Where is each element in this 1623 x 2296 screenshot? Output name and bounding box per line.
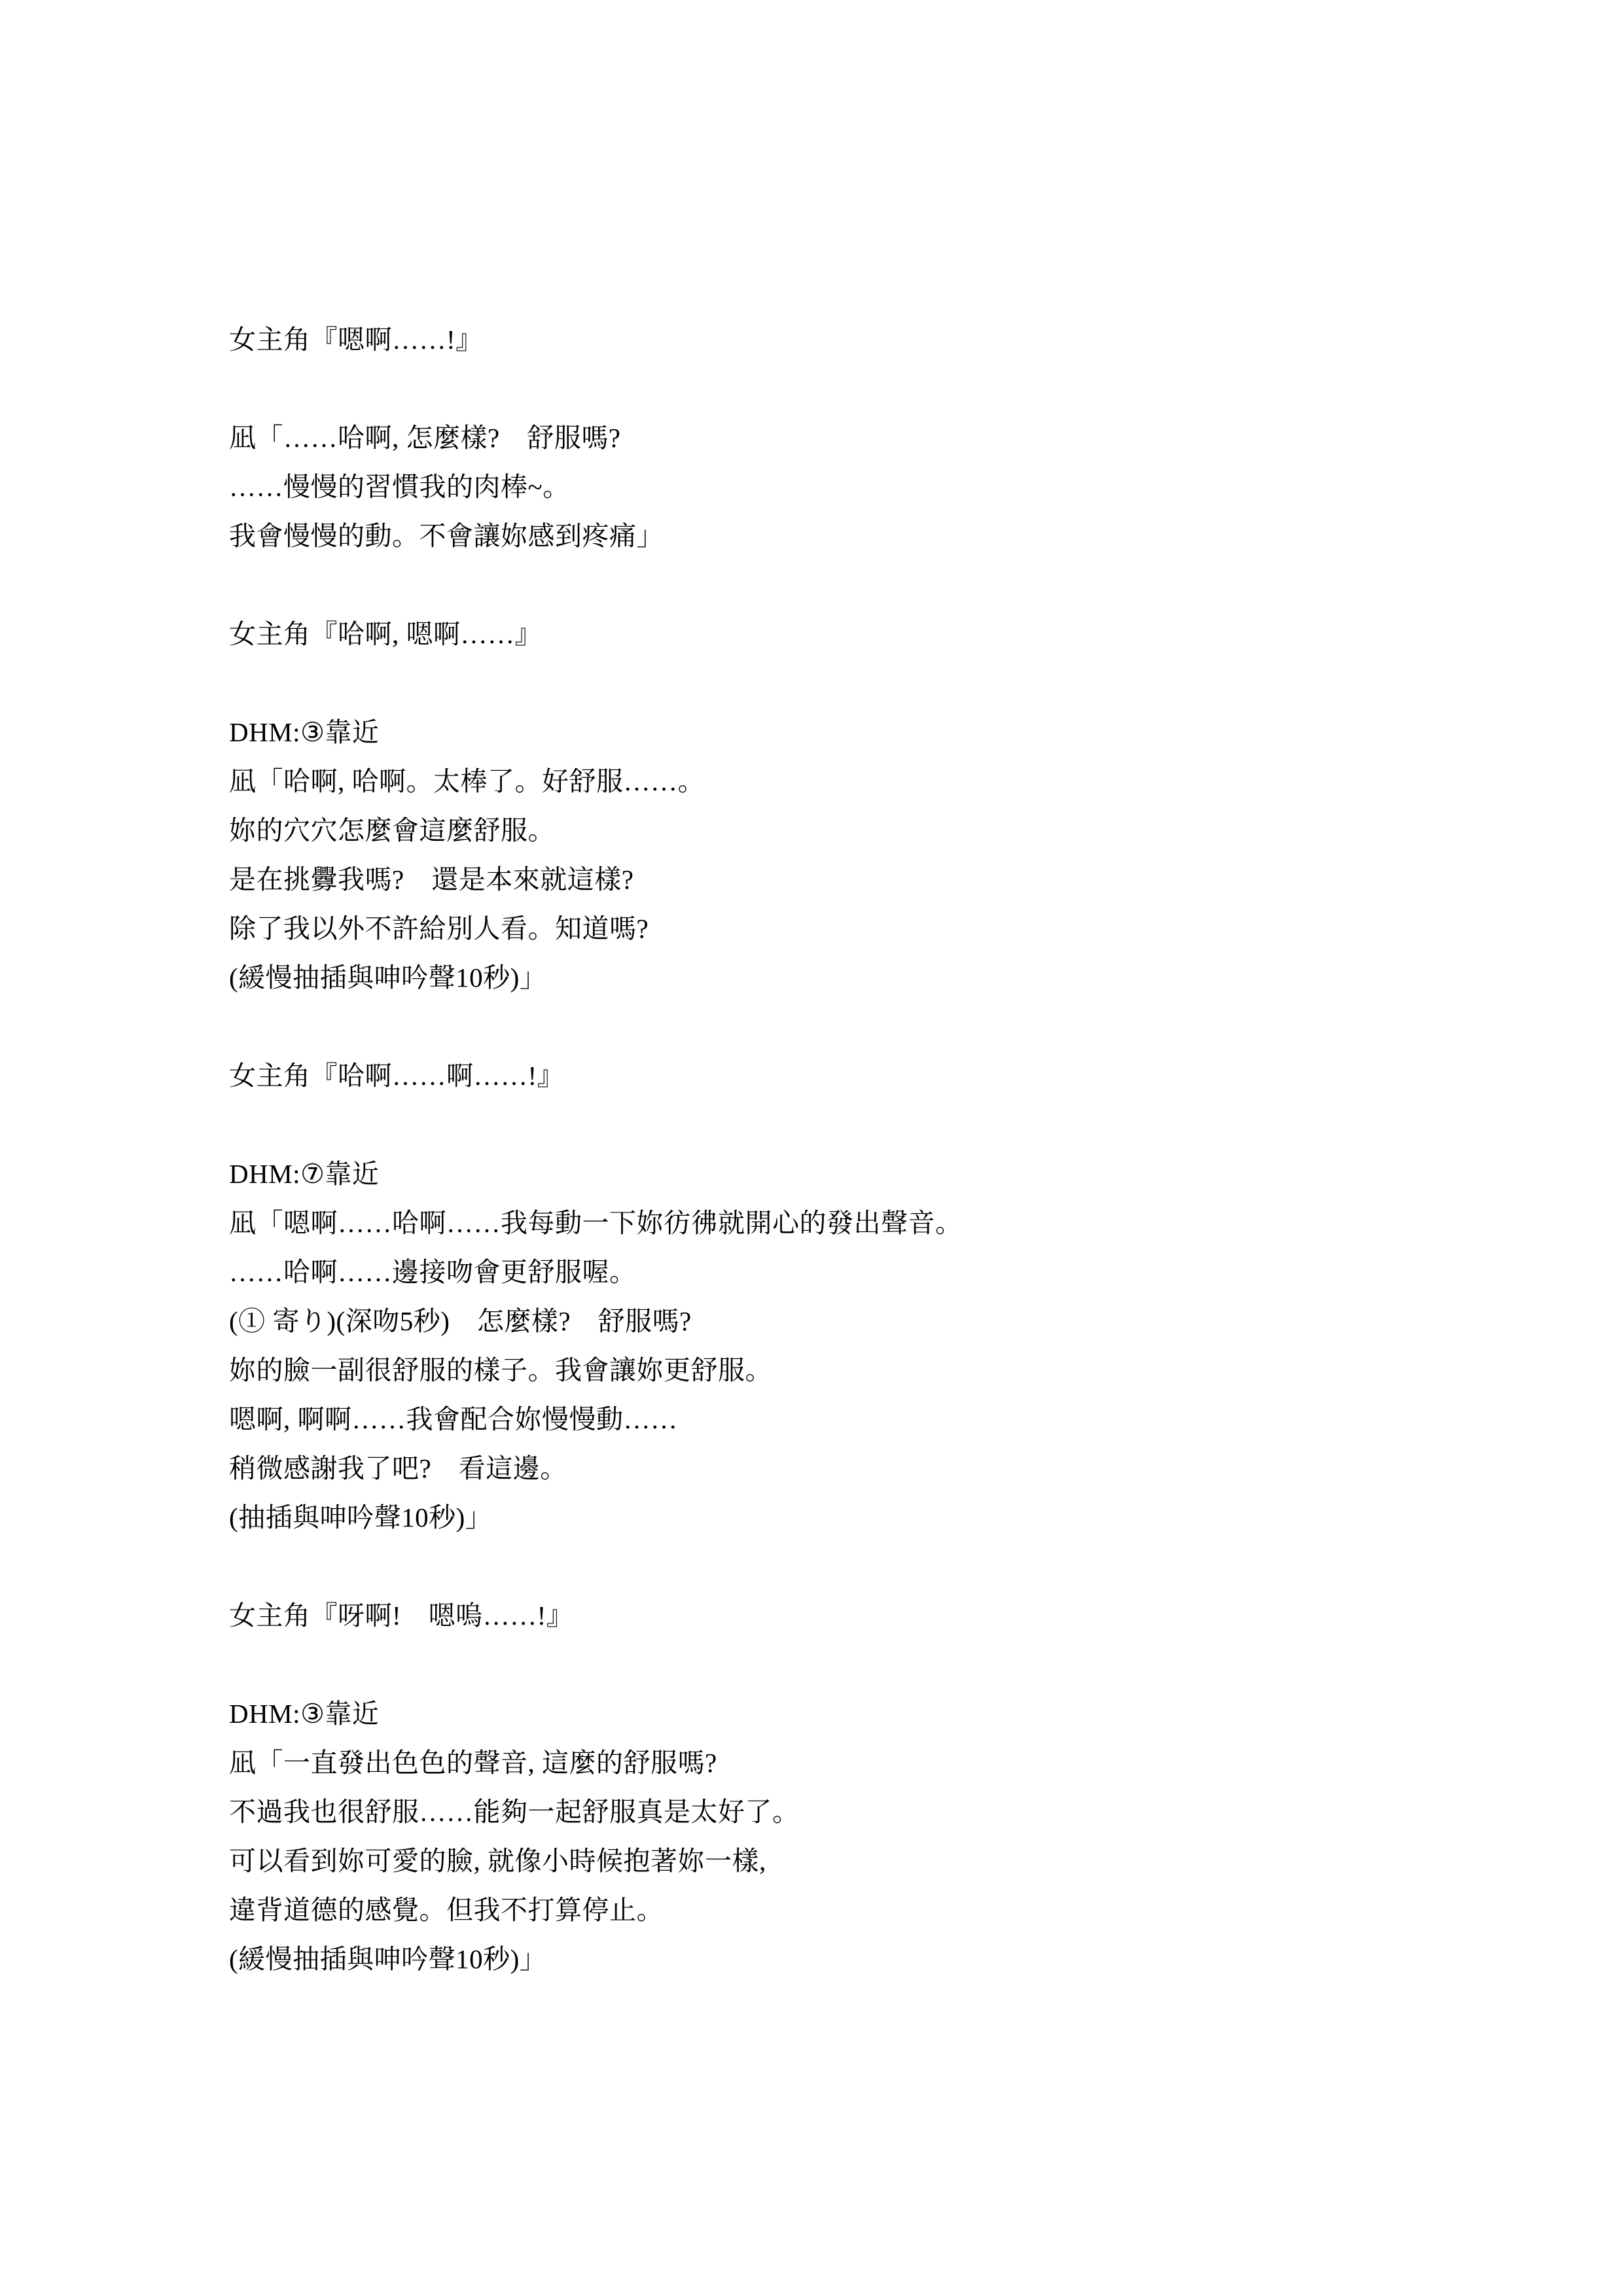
paragraph: DHM:⑦靠近凪「嗯啊……哈啊……我每動一下妳彷彿就開心的發出聲音。……哈啊……… <box>229 1150 1492 1542</box>
text-line: 凪「一直發出色色的聲音, 這麼的舒服嗎? <box>229 1739 1492 1788</box>
text-line: 妳的穴穴怎麼會這麼舒服。 <box>229 806 1492 855</box>
paragraph: 女主角『哈啊, 嗯啊……』 <box>229 610 1492 659</box>
paragraph: DHM:③靠近凪「一直發出色色的聲音, 這麼的舒服嗎?不過我也很舒服……能夠一起… <box>229 1689 1492 1984</box>
text-line: (抽插與呻吟聲10秒)」 <box>229 1493 1492 1542</box>
text-line: 是在挑釁我嗎? 還是本來就這樣? <box>229 855 1492 904</box>
text-line: 女主角『呀啊! 嗯嗚……!』 <box>229 1591 1492 1640</box>
text-line: 不過我也很舒服……能夠一起舒服真是太好了。 <box>229 1788 1492 1837</box>
text-line: 女主角『嗯啊……!』 <box>229 315 1492 364</box>
text-line: 違背道德的感覺。但我不打算停止。 <box>229 1886 1492 1935</box>
text-line: 凪「嗯啊……哈啊……我每動一下妳彷彿就開心的發出聲音。 <box>229 1199 1492 1248</box>
text-line: ……慢慢的習慣我的肉棒~。 <box>229 463 1492 512</box>
text-line: 女主角『哈啊, 嗯啊……』 <box>229 610 1492 659</box>
text-line: DHM:⑦靠近 <box>229 1150 1492 1199</box>
text-line: 凪「哈啊, 哈啊。太棒了。好舒服……。 <box>229 757 1492 806</box>
paragraph: 女主角『嗯啊……!』 <box>229 315 1492 364</box>
text-line: 嗯啊, 啊啊……我會配合妳慢慢動…… <box>229 1395 1492 1444</box>
document-page: 女主角『嗯啊……!』凪「……哈啊, 怎麼樣? 舒服嗎?……慢慢的習慣我的肉棒~。… <box>0 0 1623 2296</box>
text-line: 稍微感謝我了吧? 看這邊。 <box>229 1444 1492 1493</box>
text-line: 凪「……哈啊, 怎麼樣? 舒服嗎? <box>229 414 1492 463</box>
text-line: (緩慢抽插與呻吟聲10秒)」 <box>229 953 1492 1002</box>
text-line: ……哈啊……邊接吻會更舒服喔。 <box>229 1248 1492 1297</box>
text-line: 我會慢慢的動。不會讓妳感到疼痛」 <box>229 512 1492 561</box>
text-line: 女主角『哈啊……啊……!』 <box>229 1051 1492 1101</box>
text-line: (緩慢抽插與呻吟聲10秒)」 <box>229 1935 1492 1984</box>
text-line: DHM:③靠近 <box>229 708 1492 757</box>
text-line: 除了我以外不許給別人看。知道嗎? <box>229 904 1492 953</box>
document-content: 女主角『嗯啊……!』凪「……哈啊, 怎麼樣? 舒服嗎?……慢慢的習慣我的肉棒~。… <box>229 315 1492 1984</box>
text-line: 妳的臉一副很舒服的樣子。我會讓妳更舒服。 <box>229 1346 1492 1395</box>
text-line: 可以看到妳可愛的臉, 就像小時候抱著妳一樣, <box>229 1837 1492 1886</box>
paragraph: 凪「……哈啊, 怎麼樣? 舒服嗎?……慢慢的習慣我的肉棒~。我會慢慢的動。不會讓… <box>229 414 1492 561</box>
paragraph: 女主角『呀啊! 嗯嗚……!』 <box>229 1591 1492 1640</box>
paragraph: DHM:③靠近凪「哈啊, 哈啊。太棒了。好舒服……。妳的穴穴怎麼會這麼舒服。是在… <box>229 708 1492 1002</box>
paragraph: 女主角『哈啊……啊……!』 <box>229 1051 1492 1101</box>
text-line: DHM:③靠近 <box>229 1689 1492 1739</box>
text-line: (① 寄り)(深吻5秒) 怎麼樣? 舒服嗎? <box>229 1297 1492 1346</box>
